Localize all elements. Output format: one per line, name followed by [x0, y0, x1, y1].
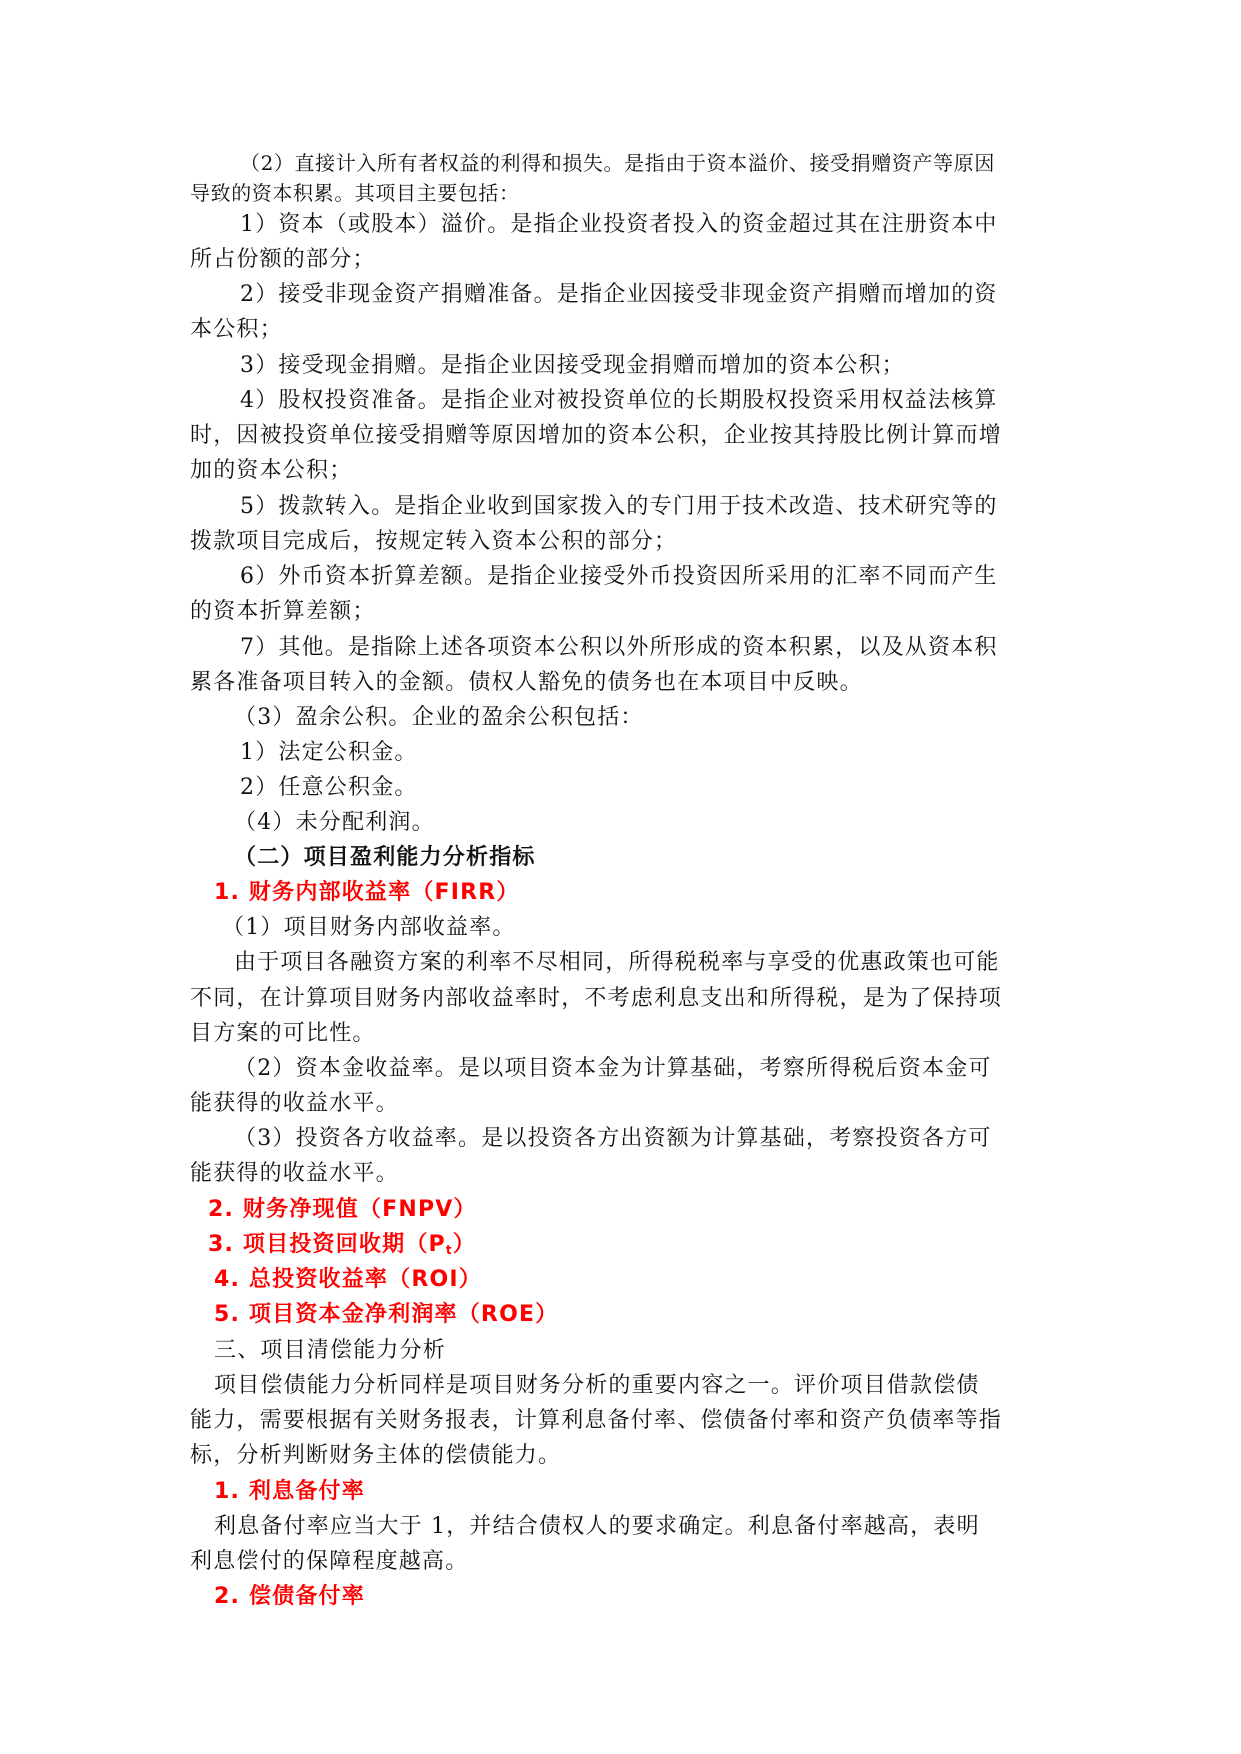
paragraph-line: 能获得的收益水平。: [190, 1089, 399, 1119]
list-item-appropriation-transfer: 5）拨款转入。是指企业收到国家拨入的专门用于技术改造、技术研究等的: [240, 492, 998, 522]
heading-text: 3. 项目投资回收期（P: [208, 1232, 446, 1257]
paragraph-line: 时，因被投资单位接受捐赠等原因增加的资本公积，企业按其持股比例计算而增: [190, 421, 1002, 451]
list-item-discretionary-reserve: 2）任意公积金。: [240, 773, 418, 803]
red-heading-roi: 4. 总投资收益率（ROI）: [214, 1265, 482, 1295]
paragraph-line: 由于项目各融资方案的利率不尽相同，所得税税率与享受的优惠政策也可能: [234, 948, 1000, 978]
heading-tail: ）: [453, 1232, 476, 1257]
paragraph-line: 累各准备项目转入的金额。债权人豁免的债务也在本项目中反映。: [190, 668, 863, 698]
paragraph-line: （2）直接计入所有者权益的利得和损失。是指由于资本溢价、接受捐赠资产等原因: [240, 148, 995, 178]
paragraph-line: 项目偿债能力分析同样是项目财务分析的重要内容之一。评价项目借款偿债: [214, 1371, 980, 1401]
paragraph-line: 标，分析判断财务主体的偿债能力。: [190, 1441, 561, 1471]
section-undistributed-profit: （4）未分配利润。: [234, 808, 435, 838]
paragraph-line: 加的资本公积；: [190, 456, 352, 486]
paragraph-line: 拨款项目完成后，按规定转入资本公积的部分；: [190, 527, 677, 557]
subsection-capital-return: （2）资本金收益率。是以项目资本金为计算基础，考察所得税后资本金可: [234, 1054, 992, 1084]
red-heading-debt-service-coverage: 2. 偿债备付率: [214, 1582, 365, 1612]
red-heading-firr: 1. 财务内部收益率（FIRR）: [214, 878, 520, 908]
subsection-investor-return: （3）投资各方收益率。是以投资各方出资额为计算基础，考察投资各方可: [234, 1124, 992, 1154]
paragraph-line: 利息偿付的保障程度越高。: [190, 1547, 468, 1577]
section-heading-profitability: （二）项目盈利能力分析指标: [234, 843, 536, 873]
list-item-equity-investment: 4）股权投资准备。是指企业对被投资单位的长期股权投资采用权益法核算: [240, 386, 998, 416]
subscript: t: [446, 1243, 453, 1257]
paragraph-line: 利息备付率应当大于 1，并结合债权人的要求确定。利息备付率越高，表明: [214, 1512, 980, 1542]
list-item-statutory-reserve: 1）法定公积金。: [240, 738, 418, 768]
list-item-cash-donation: 3）接受现金捐赠。是指企业因接受现金捐赠而增加的资本公积；: [240, 351, 905, 381]
subsection-project-firr: （1）项目财务内部收益率。: [222, 913, 516, 943]
section-surplus-reserve: （3）盈余公积。企业的盈余公积包括：: [234, 703, 644, 733]
paragraph-line: 能力，需要根据有关财务报表，计算利息备付率、偿债备付率和资产负债率等指: [190, 1406, 1002, 1436]
red-heading-roe: 5. 项目资本金净利润率（ROE）: [214, 1300, 558, 1330]
paragraph-line: 导致的资本积累。其项目主要包括：: [190, 178, 520, 208]
red-heading-payback-period: 3. 项目投资回收期（Pt）: [208, 1230, 476, 1260]
paragraph-line: 所占份额的部分；: [190, 245, 376, 275]
paragraph-line: 不同，在计算项目财务内部收益率时，不考虑利息支出和所得税，是为了保持项: [190, 984, 1002, 1014]
paragraph-line: 本公积；: [190, 315, 283, 345]
paragraph-line: 目方案的可比性。: [190, 1019, 376, 1049]
list-item-other: 7）其他。是指除上述各项资本公积以外所形成的资本积累，以及从资本积: [240, 633, 998, 663]
red-heading-interest-coverage: 1. 利息备付率: [214, 1477, 365, 1507]
red-heading-fnpv: 2. 财务净现值（FNPV）: [208, 1195, 477, 1225]
list-item-foreign-currency: 6）外币资本折算差额。是指企业接受外币投资因所采用的汇率不同而产生: [240, 562, 998, 592]
paragraph-line: 的资本折算差额；: [190, 597, 376, 627]
list-item-capital-premium: 1）资本（或股本）溢价。是指企业投资者投入的资金超过其在注册资本中: [240, 210, 998, 240]
list-item-noncash-donation: 2）接受非现金资产捐赠准备。是指企业因接受非现金资产捐赠而增加的资: [240, 280, 998, 310]
section-heading-solvency: 三、项目清偿能力分析: [214, 1336, 446, 1366]
paragraph-line: 能获得的收益水平。: [190, 1159, 399, 1189]
